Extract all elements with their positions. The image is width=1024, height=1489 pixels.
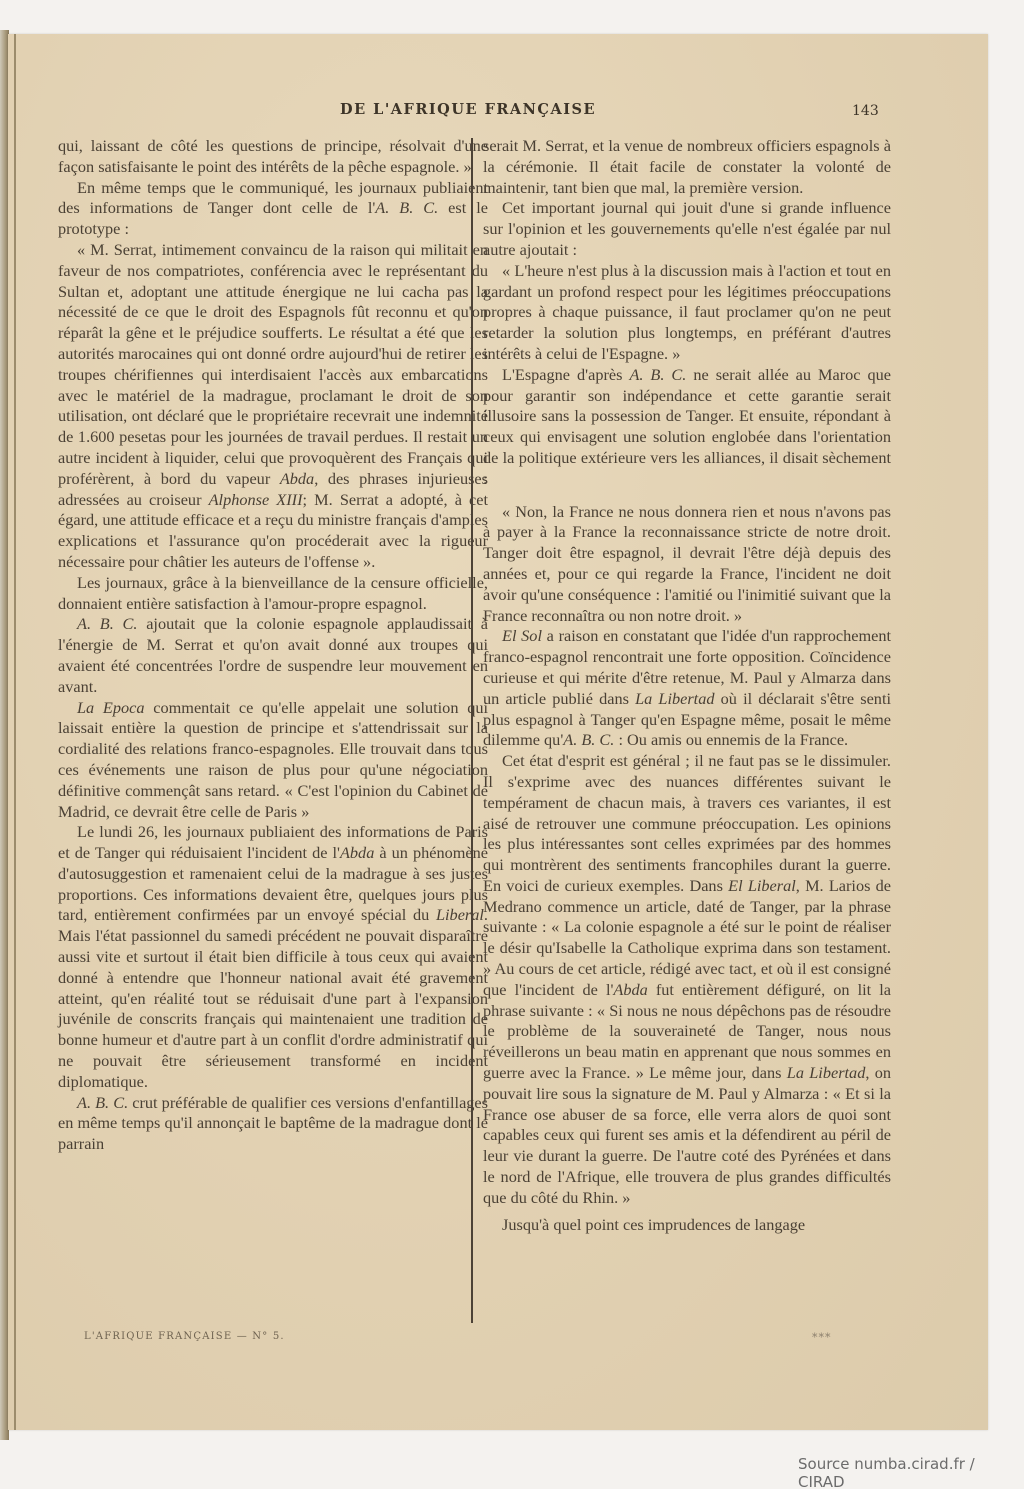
paragraph: serait M. Serrat, et la venue de nombreu…	[483, 136, 891, 198]
quoted-paragraph: « Non, la France ne nous donnera rien et…	[483, 502, 891, 627]
running-title: DE L'AFRIQUE FRANÇAISE	[340, 101, 596, 118]
paragraph: Le lundi 26, les journaux publiaient des…	[58, 822, 488, 1092]
column-divider	[471, 138, 473, 1323]
page-gutter-line	[14, 34, 16, 1430]
left-column: qui, laissant de côté les questions de p…	[58, 136, 488, 1155]
newspaper-name: La Libertad	[635, 689, 714, 708]
paragraph: Cet état d'esprit est général ; il ne fa…	[483, 751, 891, 1209]
paragraph: qui, laissant de côté les questions de p…	[58, 136, 488, 178]
paragraph: Les journaux, grâce à la bienveillance d…	[58, 573, 488, 615]
footer-signature: L'AFRIQUE FRANÇAISE — N° 5.	[84, 1331, 285, 1342]
newspaper-name: Liberal	[436, 905, 484, 924]
newspaper-name: La Epoca	[77, 698, 145, 717]
paragraph: El Sol a raison en constatant que l'idée…	[483, 626, 891, 751]
paragraph: L'Espagne d'après A. B. C. ne serait all…	[483, 365, 891, 490]
paragraph: A. B. C. ajoutait que la colonie espagno…	[58, 614, 488, 697]
quoted-paragraph: « L'heure n'est plus à la discussion mai…	[483, 261, 891, 365]
paragraph: A. B. C. crut préférable de qualifier ce…	[58, 1093, 488, 1155]
paragraph: Cet important journal qui jouit d'une si…	[483, 198, 891, 260]
paragraph: La Epoca commentait ce qu'elle appelait …	[58, 698, 488, 823]
ship-name: Alphonse XIII	[209, 490, 303, 509]
ship-name: Abda	[613, 980, 647, 999]
source-credit: Source numba.cirad.fr / CIRAD	[798, 1455, 1024, 1489]
section-break-stars: ***	[812, 1331, 832, 1344]
right-column: serait M. Serrat, et la venue de nombreu…	[483, 136, 891, 1235]
paragraph: Jusqu'à quel point ces imprudences de la…	[483, 1215, 891, 1236]
paragraph: En même temps que le communiqué, les jou…	[58, 178, 488, 240]
newspaper-name: El Liberal	[728, 876, 796, 895]
newspaper-name: El Sol	[502, 626, 542, 645]
ship-name: Abda	[280, 469, 314, 488]
quoted-paragraph: « M. Serrat, intimement convaincu de la …	[58, 240, 488, 573]
page-number: 143	[852, 103, 879, 119]
newspaper-name: La Libertad	[787, 1063, 866, 1082]
